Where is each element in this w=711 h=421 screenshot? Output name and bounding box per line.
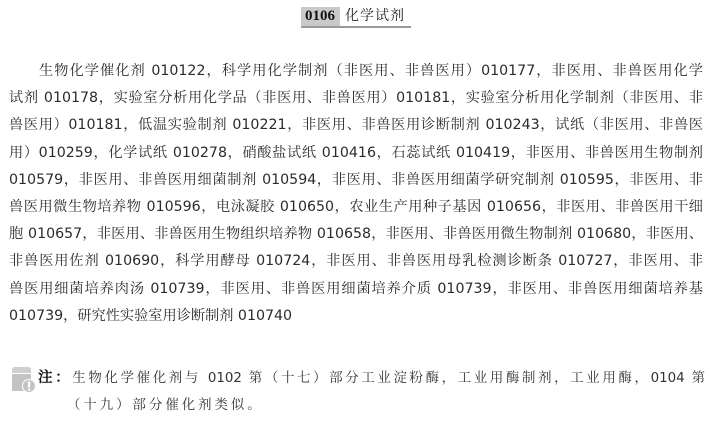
paragraph-line: 胞 010657，非医用、非兽医用生物组织培养物 010658，非医用、非兽医用… [9,221,703,248]
section-code: 0106 [301,7,340,26]
section-header: 0106 化学试剂 [301,7,411,28]
paragraph-line: 非兽医用佐剂 010690，科学用酵母 010724，非医用、非兽医用母乳检测诊… [9,248,703,275]
paragraph-line: 兽医用微生物培养物 010596，电泳凝胶 010650，农业生产用种子基因 0… [9,194,703,221]
note-label: 注： [38,370,72,386]
paragraph-line: 生物化学催化剂 010122，科学用化学制剂（非医用、非兽医用）010177，非… [9,58,703,85]
section-title: 化学试剂 [340,7,411,26]
paragraph-line: 010739，研究性实验室用诊断制剂 010740 [9,303,703,330]
paragraph-line: 010579，非医用、非兽医用细菌制剂 010594，非医用、非兽医用细菌学研究… [9,167,703,194]
goods-list-paragraph: 生物化学催化剂 010122，科学用化学制剂（非医用、非兽医用）010177，非… [9,58,703,330]
note-line: （十九）部分催化剂类似。 [67,392,705,420]
paragraph-line: 试剂 010178，实验室分析用化学品（非医用、非兽医用）010181，实验室分… [9,85,703,112]
paragraph-line: 兽医用细菌培养肉汤 010739，非医用、非兽医用细菌培养介质 010739，非… [9,276,703,303]
note-block: 注：生物化学催化剂与 0102 第（十七）部分工业淀粉酶，工业用酶制剂，工业用酶… [9,364,705,420]
note-line: 注：生物化学催化剂与 0102 第（十七）部分工业淀粉酶，工业用酶制剂，工业用酶… [38,364,705,392]
note-info-icon [9,366,37,394]
paragraph-line: 用）010259，化学试纸 010278，硝酸盐试纸 010416，石蕊试纸 0… [9,140,703,167]
paragraph-line: 兽医用）010181，低温实验制剂 010221，非医用、非兽医用诊断制剂 01… [9,112,703,139]
note-text: 生物化学催化剂与 0102 第（十七）部分工业淀粉酶，工业用酶制剂，工业用酶，0… [72,371,705,386]
